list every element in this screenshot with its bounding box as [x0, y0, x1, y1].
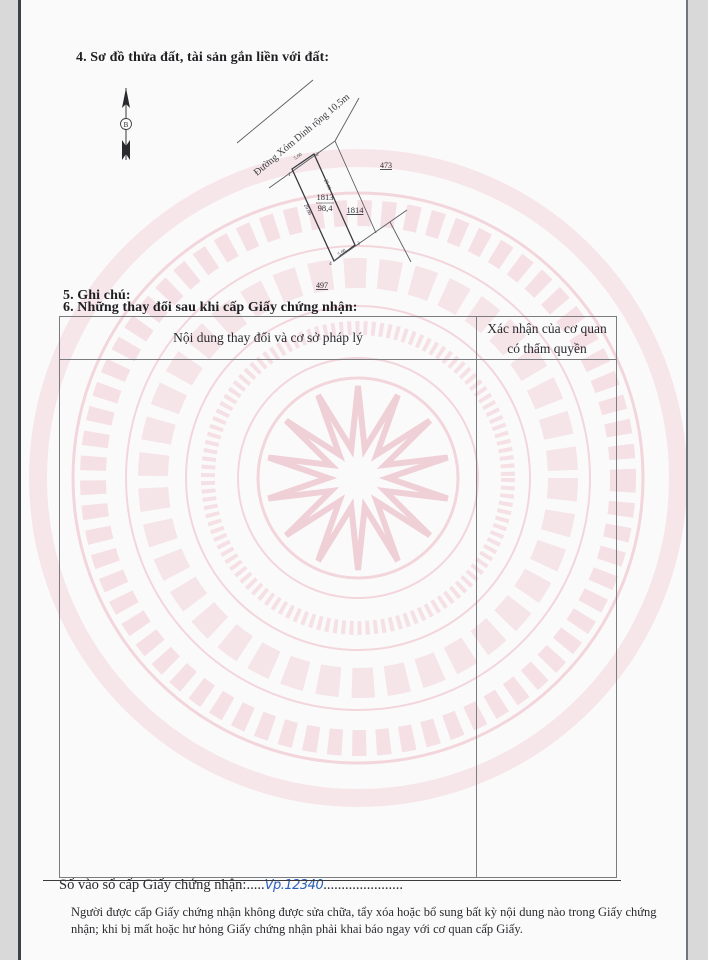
column-header-content: Nội dung thay đổi và cơ sở pháp lý [60, 328, 476, 348]
table-column-divider [476, 317, 477, 877]
footer-note: Người được cấp Giấy chứng nhận không đượ… [71, 904, 661, 938]
svg-text:473: 473 [380, 161, 392, 170]
column-header-confirmation-line-1: Xác nhận của cơ quan [477, 319, 617, 339]
column-header-confirmation-line-2: có thẩm quyền [477, 339, 617, 359]
svg-text:2: 2 [316, 152, 319, 158]
svg-text:5.00: 5.00 [293, 152, 303, 161]
svg-text:4: 4 [329, 261, 332, 267]
svg-text:Đường Xóm Dinh rộng 10,5m: Đường Xóm Dinh rộng 10,5m [252, 92, 352, 179]
table-bottom-border [43, 880, 621, 881]
table-bottom-dashed-edge [497, 877, 617, 878]
section-6-title: 6. Những thay đổi sau khi cấp Giấy chứng… [63, 301, 358, 315]
svg-text:1813: 1813 [317, 192, 334, 202]
svg-text:1: 1 [288, 172, 291, 178]
svg-text:3: 3 [357, 241, 360, 247]
svg-text:98,4: 98,4 [318, 203, 334, 213]
changes-table: Nội dung thay đổi và cơ sở pháp lý Xác n… [59, 316, 617, 878]
svg-text:20.00: 20.00 [302, 204, 311, 217]
certificate-page: 4. Sơ đồ thửa đất, tài sản gắn liền với … [18, 0, 688, 960]
table-header-divider [60, 359, 616, 360]
svg-text:497: 497 [316, 281, 328, 290]
column-header-confirmation: Xác nhận của cơ quan có thẩm quyền [477, 319, 617, 359]
svg-text:1814: 1814 [347, 205, 365, 215]
svg-text:B: B [124, 121, 129, 129]
parcel-diagram: B Đường Xóm Dinh rộng 10,5m 1 2 3 4 5.00… [21, 0, 688, 300]
svg-text:5.00: 5.00 [337, 248, 347, 257]
